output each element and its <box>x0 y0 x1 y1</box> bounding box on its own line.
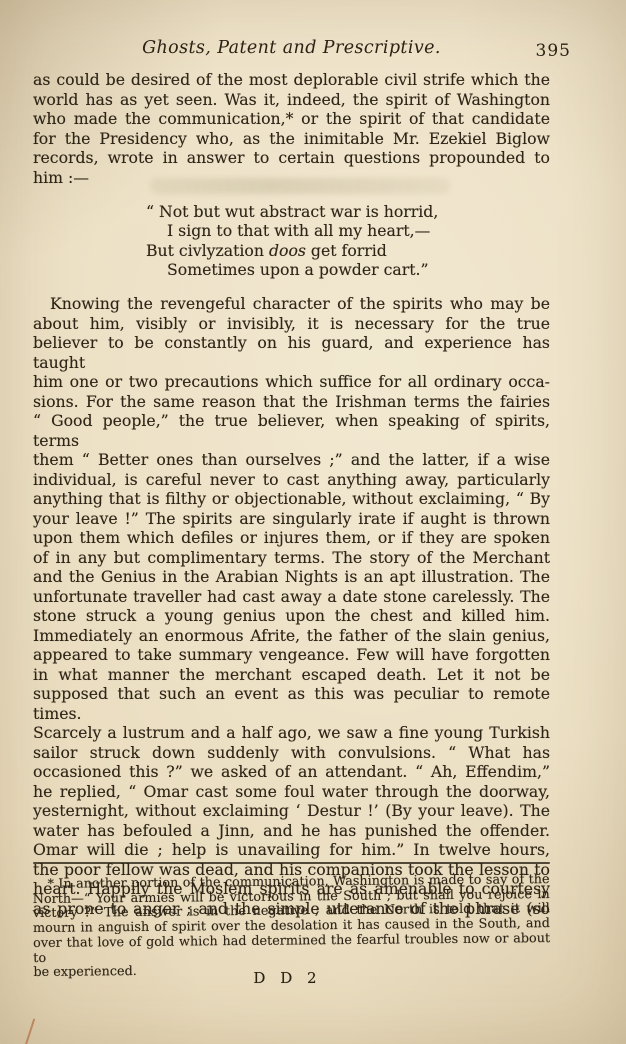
text-line: who made the communication,* or the spir… <box>33 109 550 129</box>
verse-line: I sign to that with all my heart,— <box>146 221 550 241</box>
text-line: Scarcely a lustrum and a half ago, we sa… <box>33 723 550 743</box>
body-text: as could be desired of the most deplorab… <box>33 70 550 918</box>
text-line: water has befouled a Jinn, and he has pu… <box>33 821 550 841</box>
verse-line-italic-word: doos <box>269 241 306 260</box>
footnote: * In another portion of the communicatio… <box>33 873 551 981</box>
text-line: Immediately an enormous Afrite, the fath… <box>33 626 550 646</box>
text-line: them “ Better ones than ourselves ;” and… <box>33 450 550 470</box>
text-line: anything that is filthy or objectionable… <box>33 489 550 509</box>
verse-line-segment: get forrid <box>306 241 387 260</box>
verse-quotation: “ Not but wut abstract war is horrid, I … <box>146 202 550 280</box>
running-title: Ghosts, Patent and Prescriptive. <box>33 38 550 58</box>
paragraph-continuation: as could be desired of the most deplorab… <box>33 70 550 187</box>
text-line: unfortunate traveller had cast away a da… <box>33 587 550 607</box>
page-number: 395 <box>536 41 571 61</box>
paragraph-main: Knowing the revengeful character of the … <box>33 294 550 918</box>
text-line: him :— <box>33 168 550 188</box>
footnote-rule <box>33 862 550 864</box>
text-line: supposed that such an event as this was … <box>33 684 550 723</box>
text-line: Omar will die ; help is unavailing for h… <box>33 840 550 860</box>
text-line: him one or two precautions which suffice… <box>33 372 550 392</box>
text-line: occasioned this ?” we asked of an attend… <box>33 762 550 782</box>
text-line: stone struck a young genius upon the che… <box>33 606 550 626</box>
text-line: sailor struck down suddenly with convuls… <box>33 743 550 763</box>
book-page-scan: Ghosts, Patent and Prescriptive. 395 as … <box>0 0 626 1044</box>
text-line: and the Genius in the Arabian Nights is … <box>33 567 550 587</box>
text-line: believer to be constantly on his guard, … <box>33 333 550 372</box>
text-line: he replied, “ Omar cast some foul water … <box>33 782 550 802</box>
signature-mark: D D 2 <box>33 969 550 987</box>
verse-line: “ Not but wut abstract war is horrid, <box>146 202 550 222</box>
text-line: upon them which defiles or injures them,… <box>33 528 550 548</box>
text-line: for the Presidency who, as the inimitabl… <box>33 129 550 149</box>
text-line: of in any but complimentary terms. The s… <box>33 548 550 568</box>
text-line: “ Good people,” the true believer, when … <box>33 411 550 450</box>
page-header: Ghosts, Patent and Prescriptive. <box>33 38 550 64</box>
verse-line-segment: But civlyzation <box>146 241 269 260</box>
text-line: sions. For the same reason that the Iris… <box>33 392 550 412</box>
text-line: your leave !” The spirits are singularly… <box>33 509 550 529</box>
text-line: records, wrote in answer to certain ques… <box>33 148 550 168</box>
text-line: in what manner the merchant escaped deat… <box>33 665 550 685</box>
text-line: yesternight, without exclaiming ‘ Destur… <box>33 801 550 821</box>
text-line: as could be desired of the most deplorab… <box>33 70 550 90</box>
text-line: Knowing the revengeful character of the … <box>33 294 550 314</box>
verse-line: But civlyzation doos get forrid <box>146 241 550 261</box>
verse-line: Sometimes upon a powder cart.” <box>146 260 550 280</box>
text-line: world has as yet seen. Was it, indeed, t… <box>33 90 550 110</box>
paper-fiber-mark <box>25 1018 36 1044</box>
text-line: appeared to take summary vengeance. Few … <box>33 645 550 665</box>
text-line: about him, visibly or invisibly, it is n… <box>33 314 550 334</box>
text-line: individual, is careful never to cast any… <box>33 470 550 490</box>
